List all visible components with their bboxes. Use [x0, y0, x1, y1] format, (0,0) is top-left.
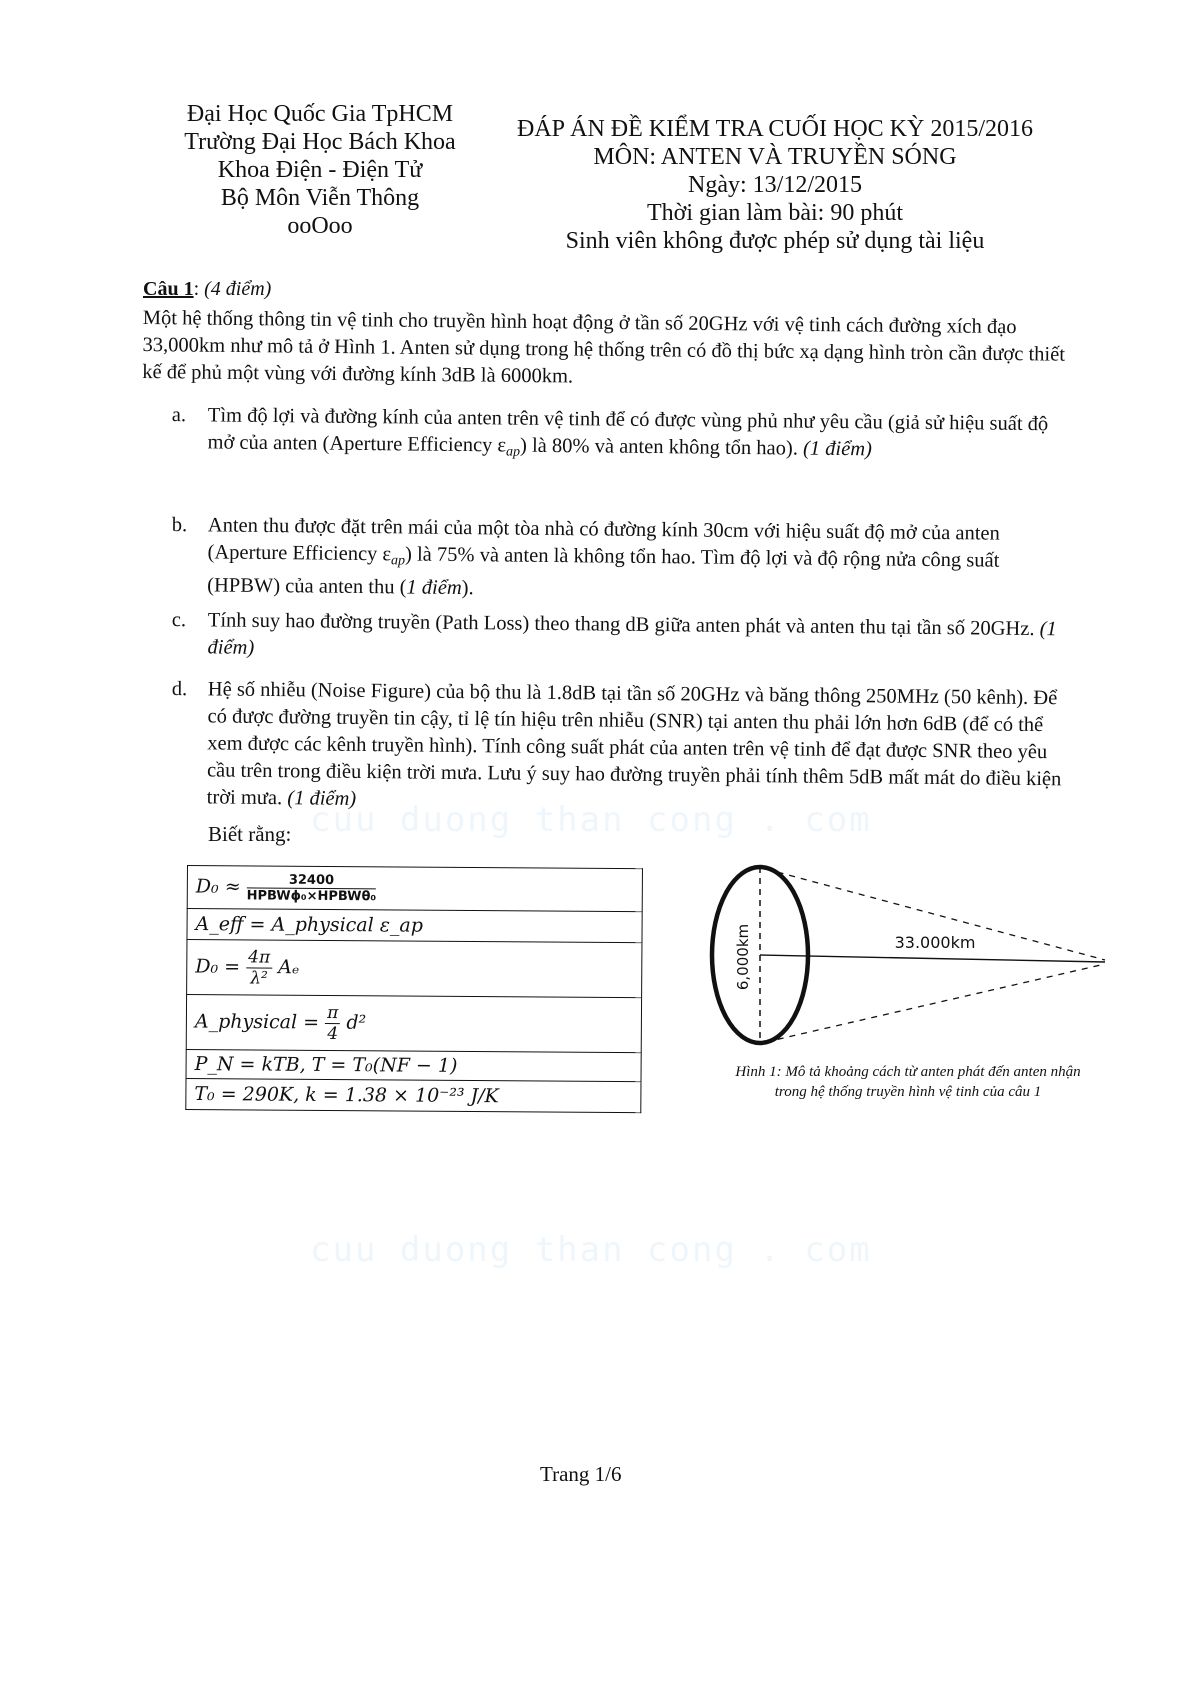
given-label: Biết rằng:: [208, 822, 291, 847]
sub-question-label: b.: [172, 512, 202, 539]
formula-constants: T₀ = 290K, k = 1.38 × 10⁻²³ J/K: [186, 1078, 641, 1112]
sub-question-points: (1 điểm): [803, 438, 872, 461]
exam-header: ĐÁP ÁN ĐỀ KIỂM TRA CUỐI HỌC KỲ 2015/2016…: [480, 115, 1070, 255]
fraction-denominator: HPBWϕ₀×HPBWθ₀: [247, 888, 377, 904]
university-name: Đại Học Quốc Gia TpHCM: [150, 100, 490, 128]
sub-question-a: a. Tìm độ lợi và đường kính của anten tr…: [171, 402, 1077, 471]
sub-question-tail: ).: [462, 577, 474, 599]
sub-question-points: 1 điểm: [406, 576, 461, 599]
sub-question-text: Tính suy hao đường truyền (Path Loss) th…: [208, 609, 1040, 640]
diameter-label: 6,000km: [734, 924, 752, 990]
watermark: cuu duong than cong . com: [310, 800, 872, 840]
fraction-numerator: 4π: [246, 947, 272, 968]
sub-question-c: c. Tính suy hao đường truyền (Path Loss)…: [171, 607, 1077, 670]
question-intro: Một hệ thống thông tin vệ tinh cho truyề…: [142, 305, 1078, 396]
question-points: (4 điểm): [204, 278, 271, 300]
sub-question-label: d.: [172, 676, 202, 703]
formula-rhs: d²: [340, 1011, 366, 1033]
formula-lhs: D₀ ≈: [196, 875, 247, 897]
question-number: Câu 1: [143, 278, 194, 300]
formula-noise-power: P_N = kTB, T = T₀(NF − 1): [186, 1049, 641, 1081]
sub-question-text-cont: ) là 80% và anten không tổn hao).: [520, 435, 803, 460]
school-name: Trường Đại Học Bách Khoa: [150, 128, 490, 156]
beam-edge-bottom: [766, 964, 1105, 1042]
exam-title: ĐÁP ÁN ĐỀ KIỂM TRA CUỐI HỌC KỲ 2015/2016: [480, 115, 1070, 143]
exam-date: Ngày: 13/12/2015: [480, 171, 1070, 199]
sub-question-d: d. Hệ số nhiễu (Noise Figure) của bộ thu…: [171, 676, 1077, 820]
sub-question-label: c.: [172, 607, 202, 634]
page-number: Trang 1/6: [540, 1462, 622, 1487]
formula-directivity-hpbw: D₀ ≈ 32400HPBWϕ₀×HPBWθ₀: [187, 866, 642, 912]
fraction-denominator: λ²: [246, 968, 272, 988]
coverage-diagram: 6,000km 33.000km: [700, 860, 1120, 1080]
department-name: Bộ Môn Viễn Thông: [150, 184, 490, 212]
formula-effective-area: A_eff = A_physical ε_ap: [187, 909, 642, 943]
fraction-numerator: 32400: [247, 872, 377, 889]
formula-lhs: A_physical =: [195, 1010, 325, 1033]
subscript: ap: [391, 553, 405, 568]
formula-directivity-area: D₀ = 4πλ² Aₑ: [187, 940, 642, 998]
subject-name: MÔN: ANTEN VÀ TRUYỀN SÓNG: [480, 143, 1070, 171]
sub-question-b: b. Anten thu được đặt trên mái của một t…: [171, 512, 1077, 608]
distance-line: [760, 955, 1105, 962]
institution-header: Đại Học Quốc Gia TpHCM Trường Đại Học Bá…: [150, 100, 490, 240]
header-ornament: ooOoo: [150, 212, 490, 240]
watermark: cuu duong than cong . com: [310, 1230, 872, 1270]
formula-lhs: D₀ =: [195, 955, 246, 977]
figure-caption: Hình 1: Mô tả khoảng cách từ anten phát …: [718, 1062, 1098, 1102]
faculty-name: Khoa Điện - Điện Tử: [150, 156, 490, 184]
fraction-numerator: π: [325, 1002, 340, 1023]
subscript: ap: [506, 445, 520, 460]
question-title: Câu 1: (4 điểm): [143, 278, 271, 301]
formula-physical-area: A_physical = π4 d²: [186, 995, 641, 1053]
formula-table: D₀ ≈ 32400HPBWϕ₀×HPBWθ₀ A_eff = A_physic…: [185, 865, 643, 1113]
distance-label: 33.000km: [895, 933, 976, 952]
fraction-denominator: 4: [325, 1023, 340, 1043]
sub-question-label: a.: [172, 402, 202, 429]
exam-duration: Thời gian làm bài: 90 phút: [480, 199, 1070, 227]
exam-rule: Sinh viên không được phép sử dụng tài li…: [480, 227, 1070, 255]
formula-rhs: Aₑ: [272, 956, 299, 978]
